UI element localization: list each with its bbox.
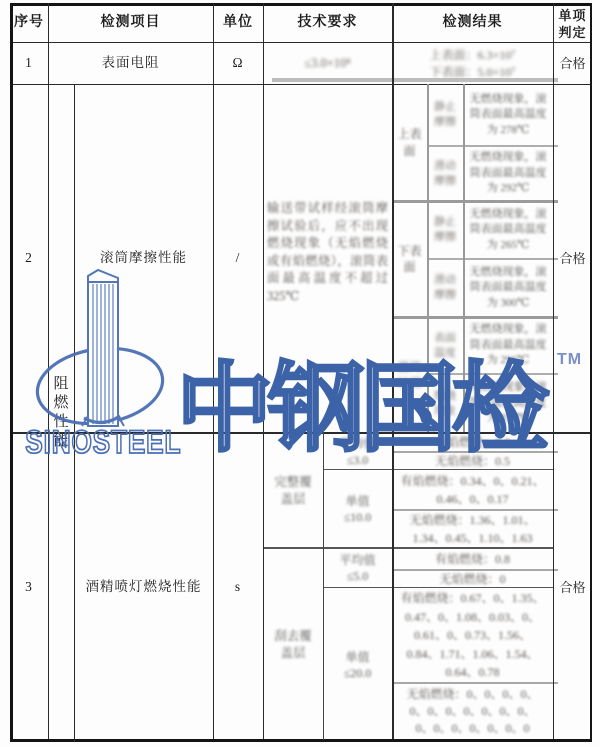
row3-judgement: 合格 — [553, 433, 592, 742]
row2-cond2-text: 滑动摩擦 — [433, 159, 457, 189]
row2-cond6-text: 燃烧现象 — [433, 389, 457, 419]
row3-unit: s — [213, 433, 263, 742]
grid-line — [10, 84, 592, 85]
grid-line — [590, 3, 593, 742]
grid-line — [263, 3, 264, 739]
row1-result-top: 上表面：6.3×10⁷ — [430, 47, 516, 64]
header-unit: 单位 — [213, 4, 263, 43]
row2-result2: 无燃烧现象，滚筒表面最高温度为 292℃ — [463, 146, 553, 201]
grid-line — [10, 42, 592, 43]
grid-line — [10, 432, 592, 434]
row3-group2-text: 刮去覆盖层 — [272, 628, 314, 662]
row2-result6: 无燃烧现象，滚筒表面最高温度为 310℃ — [463, 374, 553, 433]
row3-spec3-text: 平均值 ≤5.0 — [335, 552, 381, 584]
grid-line — [392, 509, 558, 511]
row2-surface3-text: 最终结果 — [397, 359, 423, 391]
row3-seq: 3 — [10, 433, 48, 742]
row3-result2a: 有焰燃烧：0.34、0、0.21、0.46、0、0.17 — [392, 470, 553, 510]
row1-unit: Ω — [213, 43, 263, 84]
row2-surface2: 下表面 — [392, 201, 427, 317]
flame-group-label-text: 阻燃性能 — [53, 375, 69, 451]
grid-line — [10, 3, 13, 742]
grid-line — [10, 3, 592, 6]
row2-cond5-text: 表面温度 — [433, 331, 457, 361]
row2-surface3: 最终结果 — [392, 317, 427, 433]
row3-result4a: 有焰燃烧：0.67、0、1.35、0.47、0、1.08、0.03、0、0.61… — [392, 588, 553, 683]
grid-line — [323, 469, 553, 470]
header-item: 检测项目 — [48, 4, 213, 43]
row1-judgement: 合格 — [553, 43, 592, 84]
grid-line — [392, 569, 558, 571]
row2-result4: 无燃烧现象，滚筒表面最高温度为 300℃ — [463, 259, 553, 317]
row1-item: 表面电阻 — [48, 43, 213, 84]
row3-spec2: 单值 ≤10.0 — [323, 470, 392, 548]
grid-line — [427, 145, 558, 147]
row2-surface2-text: 下表面 — [397, 243, 423, 275]
grid-line — [427, 84, 429, 432]
row2-cond4-text: 滑动摩擦 — [433, 273, 457, 303]
row2-seq: 2 — [10, 84, 48, 433]
row3-result3b: 无焰燃烧：0 — [392, 570, 553, 588]
row3-spec4: 单值 ≤20.0 — [323, 588, 392, 742]
header-judgement: 单项判定 — [553, 4, 592, 43]
row3-group1: 完整覆盖层 — [263, 433, 323, 548]
row2-requirement: 输送带试样经滚筒摩擦试验后，应不出现燃烧现象（无焰燃烧或有焰燃烧），滚筒表面最高… — [267, 200, 388, 306]
row3-result1b: 无焰燃烧：0.5 — [392, 452, 553, 470]
row2-unit: / — [213, 84, 263, 433]
row3-item: 酒精喷灯燃烧性能 — [74, 433, 213, 742]
row3-spec3: 平均值 ≤5.0 — [323, 548, 392, 588]
row2-cond6: 燃烧现象 — [427, 374, 463, 433]
row3-result1a: 有焰燃烧：0.3 — [392, 433, 553, 452]
header-result: 检测结果 — [392, 4, 553, 43]
grid-line — [392, 682, 558, 684]
grid-line — [553, 3, 554, 739]
grid-line — [323, 432, 324, 740]
report-page: 序号 检测项目 单位 技术要求 检测结果 单项判定 1 表面电阻 Ω ≤3.0×… — [0, 0, 600, 747]
grid-line — [392, 3, 394, 739]
grid-line — [10, 739, 592, 742]
grid-line — [263, 547, 553, 549]
grid-line — [213, 3, 214, 739]
row3-result2b: 无焰燃烧：1.36、1.01、1.34、0.45、1.10、1.63 — [392, 510, 553, 548]
row2-surface1-text: 上表面 — [397, 126, 423, 158]
grid-line — [392, 451, 558, 453]
row2-cond4: 滑动摩擦 — [427, 259, 463, 317]
grid-line — [427, 258, 558, 260]
row3-result3a: 有焰燃烧：0.8 — [392, 548, 553, 570]
row3-spec2-text: 单值 ≤10.0 — [335, 493, 381, 525]
header-seq: 序号 — [10, 4, 48, 43]
row2-cond3: 静止摩擦 — [427, 201, 463, 259]
grid-line — [272, 78, 558, 82]
header-requirement: 技术要求 — [263, 4, 392, 43]
grid-line — [427, 373, 558, 375]
row2-cond1-text: 静止摩擦 — [433, 100, 457, 130]
row3-spec1: 平均值 ≤3.0 — [323, 433, 392, 470]
flame-group-label: 阻燃性能 — [48, 84, 74, 742]
grid-line — [323, 587, 553, 588]
trademark-symbol: TM — [557, 351, 582, 369]
row3-spec4-text: 单值 ≤20.0 — [335, 649, 381, 681]
row2-judgement: 合格 — [553, 84, 592, 433]
grid-line — [463, 84, 465, 432]
grid-line — [74, 84, 75, 742]
row2-result1: 无燃烧现象，滚筒表面最高温度为 278℃ — [463, 84, 553, 146]
header-judgement-label: 单项判定 — [559, 7, 587, 41]
row2-cond2: 滑动摩擦 — [427, 146, 463, 201]
row3-group2: 刮去覆盖层 — [263, 548, 323, 742]
row2-result5: 无燃烧现象，滚筒表面最高温度为 296℃ — [463, 317, 553, 374]
row1-seq: 1 — [10, 43, 48, 84]
row3-result4b: 无焰燃烧：0、0、0、0、0、0、0、0、0、0、0、0、0、0、0、0、0、0 — [392, 683, 553, 740]
row2-item: 滚筒摩擦性能 — [74, 84, 213, 433]
row2-surface1: 上表面 — [392, 84, 427, 201]
row3-spec1-text: 平均值 ≤3.0 — [335, 435, 381, 467]
row3-group1-text: 完整覆盖层 — [272, 474, 314, 508]
grid-line — [48, 3, 49, 739]
row2-cond3-text: 静止摩擦 — [433, 215, 457, 245]
row2-cond5: 表面温度 — [427, 317, 463, 374]
row2-result3: 无燃烧现象，滚筒表面最高温度为 265℃ — [463, 201, 553, 259]
row2-cond1: 静止摩擦 — [427, 84, 463, 146]
grid-line — [392, 316, 558, 319]
grid-line — [392, 200, 558, 203]
